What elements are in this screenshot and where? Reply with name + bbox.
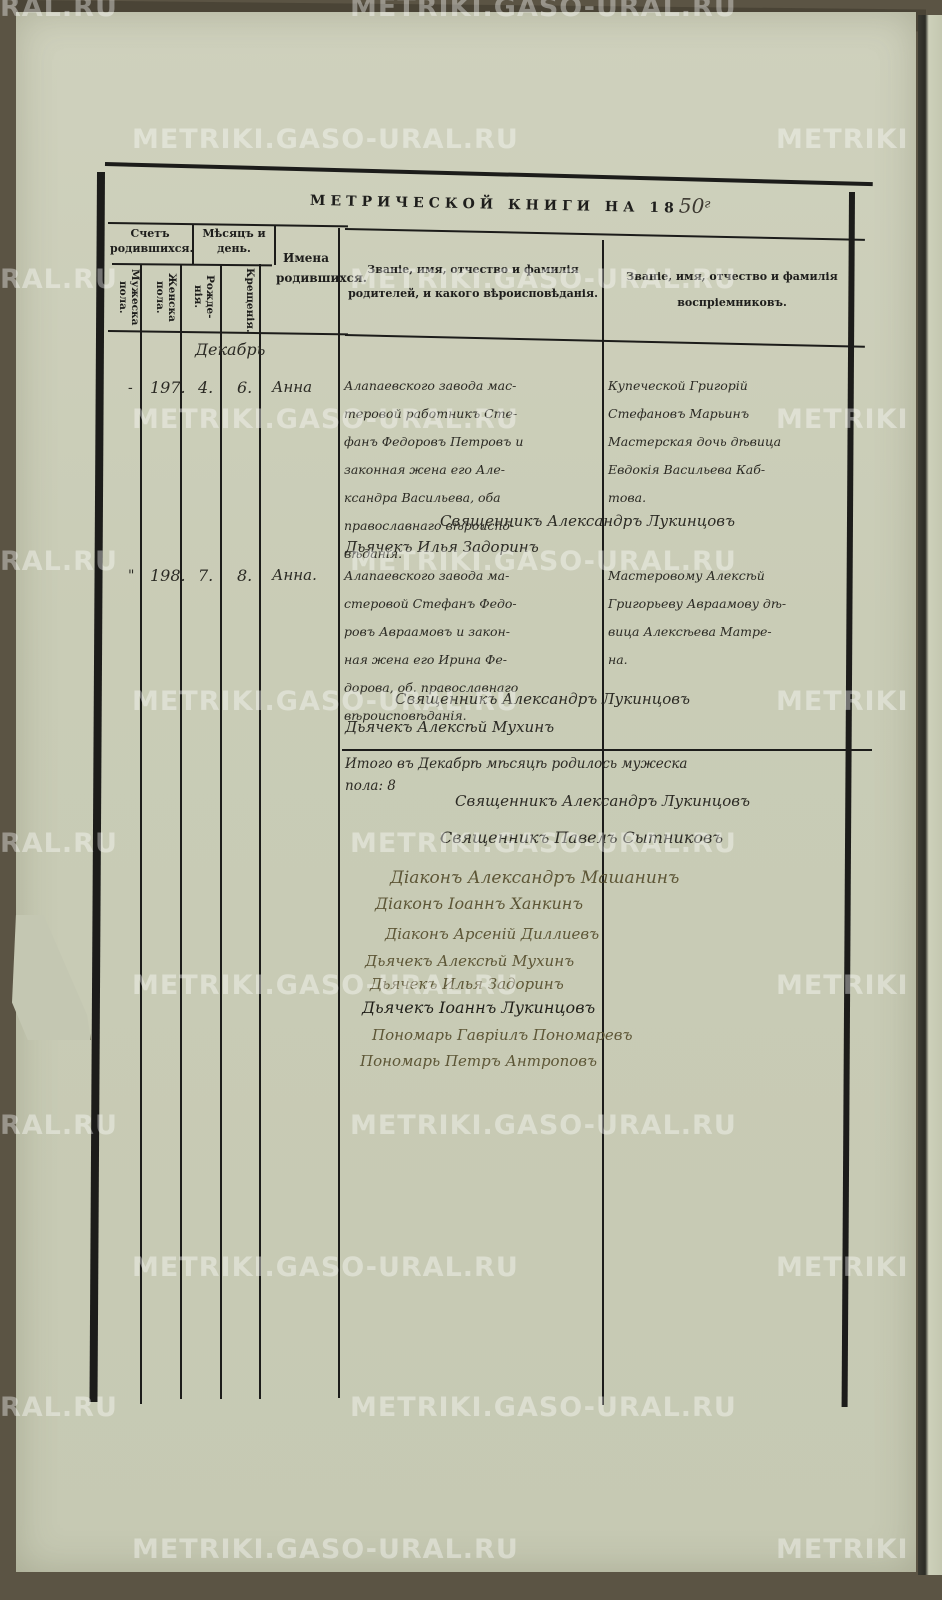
godparents-line: Мастерская дочь дѣвица xyxy=(608,428,781,456)
watermark: METRIKI.GASO-URAL.RU xyxy=(132,1252,519,1283)
table-right-border xyxy=(842,192,855,1407)
watermark: RAL.RU xyxy=(0,1110,118,1141)
godparents-line: вица Алексѣева Матре- xyxy=(608,618,786,646)
row-godparents: Мастеровому Алексѣй Григорьеву Авраамову… xyxy=(608,562,786,674)
title-year-suffix: г xyxy=(704,196,710,210)
header-names: Имена родившихся. xyxy=(276,248,336,288)
parents-line: стеровой Стефанъ Федо- xyxy=(344,590,518,618)
title-year: 50 xyxy=(679,194,705,219)
header-female: Женска пола. xyxy=(150,268,178,326)
godparents-line: Евдокія Васильева Каб- xyxy=(608,456,781,484)
month-label: Декабрь xyxy=(195,340,265,359)
row-baptism-day: 8. xyxy=(237,566,252,585)
row-baptism-day: 6. xyxy=(237,378,252,397)
godparents-line: Григорьеву Авраамову дѣ- xyxy=(608,590,786,618)
summary-signature: Діаконъ Александръ Машанинъ xyxy=(390,868,679,888)
watermark: METRIKI.GASO-URAL.RU xyxy=(350,1110,737,1141)
row-female-count: 198. xyxy=(150,566,186,585)
summary-line: Итого въ Декабрѣ мѣсяцѣ родилось мужеска xyxy=(345,756,687,772)
godparents-line: Купеческой Григорій xyxy=(608,372,781,400)
summary-signature: Діаконъ Арсеній Диллиевъ xyxy=(385,925,599,943)
watermark: RAL.RU xyxy=(0,1392,118,1423)
watermark: METRIKI.GASO-URAL.RU xyxy=(350,0,737,23)
table-top-border xyxy=(105,162,873,186)
summary-signature: Дьячекъ Алексѣй Мухинъ xyxy=(365,952,574,970)
summary-line: пола: 8 xyxy=(345,778,396,794)
summary-signature: Діаконъ Іоаннъ Ханкинъ xyxy=(375,894,583,913)
godparents-line: това. xyxy=(608,484,781,512)
watermark: METRIKI xyxy=(776,970,909,1001)
watermark: METRIKI.GASO-URAL.RU xyxy=(350,828,737,859)
row-birth-day: 7. xyxy=(198,566,213,585)
godparents-line: Стефановъ Марьинъ xyxy=(608,400,781,428)
watermark: RAL.RU xyxy=(0,264,118,295)
watermark: METRIKI xyxy=(776,1534,909,1565)
row-child-name: Анна. xyxy=(272,566,317,584)
parents-line: Алапаевского завода мас- xyxy=(344,372,523,400)
signature-priest: Священникъ Александръ Лукинцовъ xyxy=(440,512,735,530)
row-birth-day: 4. xyxy=(198,378,213,397)
watermark: METRIKI xyxy=(776,124,909,155)
watermark: METRIKI.GASO-URAL.RU xyxy=(350,1392,737,1423)
parents-line: ная жена его Ирина Фе- xyxy=(344,646,518,674)
header-count-group: Счетъ родившихся. xyxy=(110,226,190,256)
row-male-count: " xyxy=(128,568,134,584)
book-binding xyxy=(918,15,942,1575)
row-godparents: Купеческой Григорій Стефановъ Марьинъ Ма… xyxy=(608,372,781,512)
column-line xyxy=(602,240,604,1405)
watermark: METRIKI.GASO-URAL.RU xyxy=(132,686,519,717)
watermark: METRIKI.GASO-URAL.RU xyxy=(350,264,737,295)
row-child-name: Анна xyxy=(272,378,312,396)
summary-signature: Пономарь Гавріилъ Пономаревъ xyxy=(372,1026,633,1044)
watermark: METRIKI xyxy=(776,686,909,717)
godparents-line: на. xyxy=(608,646,786,674)
watermark: RAL.RU xyxy=(0,828,118,859)
watermark: METRIKI.GASO-URAL.RU xyxy=(132,124,519,155)
watermark: RAL.RU xyxy=(0,546,118,577)
watermark: METRIKI xyxy=(776,1252,909,1283)
row-male-count: - xyxy=(128,380,133,396)
watermark: METRIKI.GASO-URAL.RU xyxy=(132,970,519,1001)
column-line xyxy=(140,264,142,1404)
summary-divider xyxy=(342,749,872,751)
row-female-count: 197. xyxy=(150,378,186,397)
header-date-group: Мѣсяцъ и день. xyxy=(196,226,272,256)
parents-line: законная жена его Але- xyxy=(344,456,523,484)
header-baptism: Крещенія. xyxy=(232,268,256,326)
summary-signature: Пономарь Петръ Антроповъ xyxy=(360,1052,597,1070)
watermark: METRIKI.GASO-URAL.RU xyxy=(132,404,519,435)
watermark: METRIKI xyxy=(776,404,909,435)
header-birth: Рожде-нія. xyxy=(198,268,216,326)
signature-deacon: Дьячекъ Алексѣй Мухинъ xyxy=(345,718,554,736)
watermark: METRIKI.GASO-URAL.RU xyxy=(350,546,737,577)
watermark: METRIKI.GASO-URAL.RU xyxy=(132,1534,519,1565)
parents-line: ровъ Авраамовъ и закон- xyxy=(344,618,518,646)
summary-signature: Священникъ Александръ Лукинцовъ xyxy=(455,792,750,810)
parents-line: ксандра Васильева, оба xyxy=(344,484,523,512)
watermark: RAL.RU xyxy=(0,0,118,23)
